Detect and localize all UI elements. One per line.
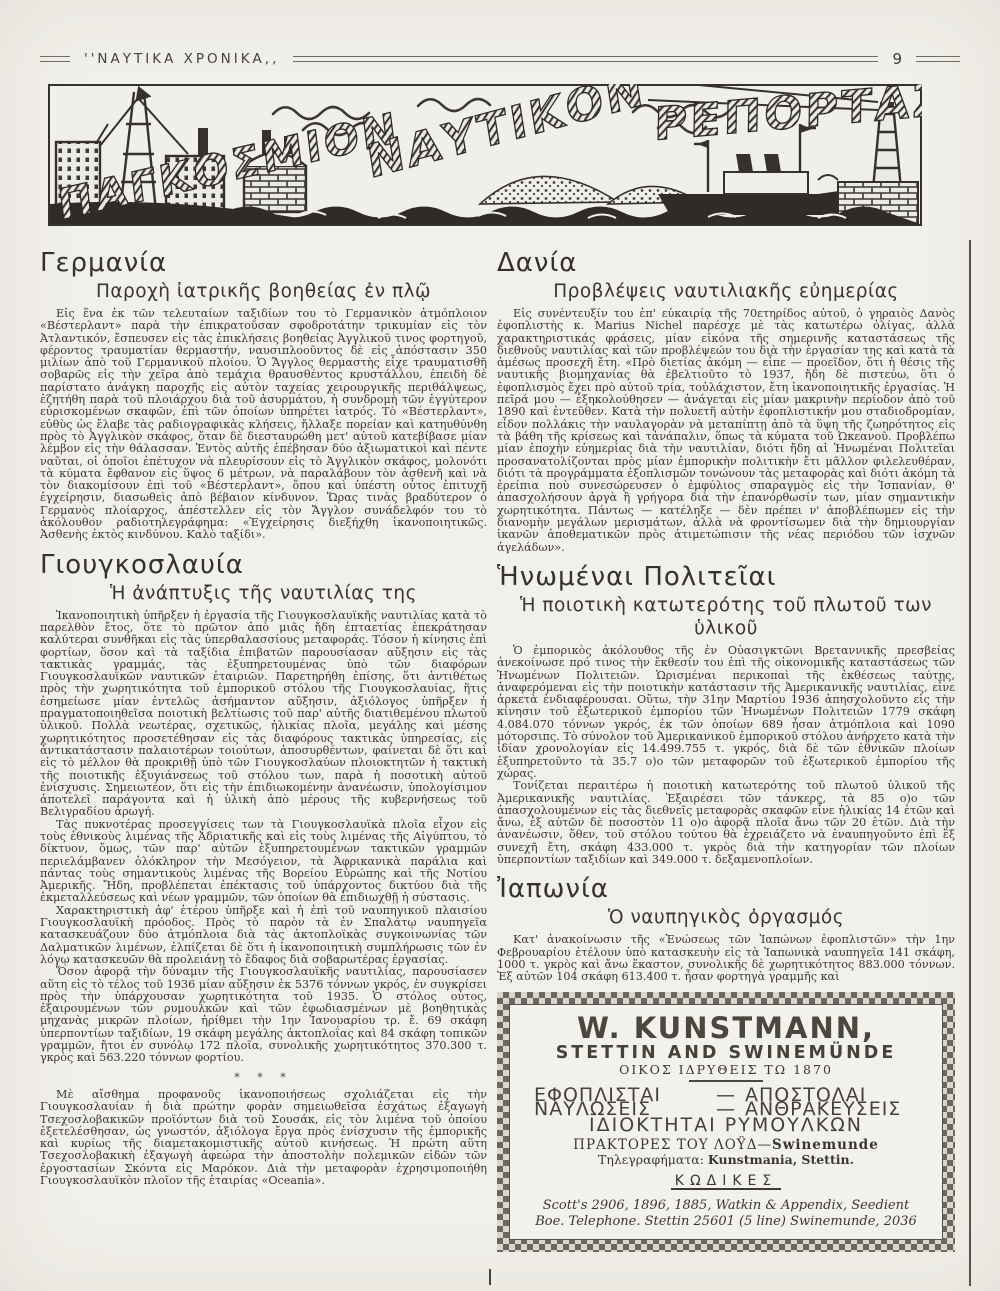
codes-line: Boe. Telephone. Stettin 25601 (5 line) S… xyxy=(520,1214,932,1230)
section-japan-title: Ἰαπωνία xyxy=(497,874,955,904)
telegrams-line: Τηλεγραφήματα: Kunstmania, Stettin. xyxy=(520,1154,932,1166)
harbor-scene-drawing: ΠΑΓΚΟΣΜΙΟΝ ΝΑΥΤΙΚΟΝ ΡΕΠΟΡΤΑΖ xyxy=(48,84,922,226)
section-germany: Γερμανία Παροχὴ ἰατρικῆς βοηθείας ἐν πλῷ… xyxy=(40,248,487,542)
head-rule-right xyxy=(916,56,960,62)
column-divider-tick xyxy=(489,1269,491,1285)
magazine-masthead: ''ΝΑΥΤΙΚΑ ΧΡΟΝΙΚΑ,, xyxy=(80,51,283,67)
owners-line: ΙΔΙΟΚΤΗΤΑΙ ΡΥΜΟΥΛΚΩΝ xyxy=(520,1119,932,1131)
running-head: ''ΝΑΥΤΙΚΑ ΧΡΟΝΙΚΑ,, 9 xyxy=(40,50,960,68)
advertiser-cities: STETTIN AND SWINEMÜNDE xyxy=(520,1047,932,1059)
advertisement-content: W. KUNSTMANN, STETTIN AND SWINEMÜNDE ΟΙΚ… xyxy=(509,1004,943,1239)
advertiser-name: W. KUNSTMANN, xyxy=(520,1012,932,1044)
paragraph: Ὅσον ἀφορᾷ τὴν δύναμιν τῆς Γιουγκοσλαυϊκ… xyxy=(40,966,487,1064)
magazine-page: ''ΝΑΥΤΙΚΑ ΧΡΟΝΙΚΑ,, 9 xyxy=(0,0,1000,1291)
codes-line: Scott's 2906, 1896, 1885, Watkin & Appen… xyxy=(520,1198,932,1214)
paragraph: Ἱκανοποιητικὴ ὑπῆρξεν ἡ ἐργασία τῆς Γιου… xyxy=(40,610,487,819)
section-usa: Ἡνωμέναι Πολιτεῖαι Ἡ ποιοτικὴ κατωτερότη… xyxy=(497,562,955,866)
paragraph: Εἰς συνέντευξίν του ἐπ' εὐκαιρίᾳ τῆς 70ε… xyxy=(497,308,955,554)
paragraph: Ὁ ἐμπορικὸς ἀκόλουθος τῆς ἐν Οὐασιγκτῶνι… xyxy=(497,645,955,780)
section-germany-subtitle: Παροχὴ ἰατρικῆς βοηθείας ἐν πλῷ xyxy=(40,280,487,303)
codes-text: Scott's 2906, 1896, 1885, Watkin & Appen… xyxy=(520,1198,932,1230)
agents-greek: ΠΡΑΚΤΟΡΕΣ ΤΟΥ ΛΟΫΔ— xyxy=(573,1137,772,1153)
paragraph: Τονίζεται περαιτέρω ἡ ποιοτικὴ κατωτερότ… xyxy=(497,780,955,866)
telegrams-label: Τηλεγραφήματα: xyxy=(598,1152,708,1167)
paragraph: Μὲ αἴσθημα προφανοῦς ἱκανοποιήσεως σχολι… xyxy=(40,1089,487,1187)
section-denmark-title: Δανία xyxy=(497,248,955,278)
telegrams-value: Kunstmania, Stettin. xyxy=(708,1152,854,1167)
page-number: 9 xyxy=(888,50,906,68)
section-yugoslavia-title: Γιουγκοσλαυία xyxy=(40,550,487,580)
section-usa-title: Ἡνωμέναι Πολιτεῖαι xyxy=(497,562,955,592)
right-column: Δανία Προβλέψεις ναυτιλιακῆς εὐημερίας Ε… xyxy=(497,248,955,1252)
head-rule-center xyxy=(293,56,878,62)
banner-illustration: ΠΑΓΚΟΣΜΙΟΝ ΝΑΥΤΙΚΟΝ ΡΕΠΟΡΤΑΖ xyxy=(48,84,922,226)
page-edge-rule xyxy=(969,240,971,1286)
founded-underline xyxy=(689,1080,763,1082)
section-yugoslavia: Γιουγκοσλαυία Ἡ ἀνάπτυξις τῆς ναυτιλίας … xyxy=(40,550,487,1188)
paragraph: Εἰς ἕνα ἐκ τῶν τελευταίων ταξιδίων του τ… xyxy=(40,308,487,542)
section-germany-title: Γερμανία xyxy=(40,248,487,278)
agents-line: ΠΡΑΚΤΟΡΕΣ ΤΟΥ ΛΟΫΔ—Swinemunde xyxy=(520,1139,932,1151)
section-denmark: Δανία Προβλέψεις ναυτιλιακῆς εὐημερίας Ε… xyxy=(497,248,955,554)
kunstmann-advertisement: W. KUNSTMANN, STETTIN AND SWINEMÜNDE ΟΙΚ… xyxy=(497,992,955,1251)
section-usa-subtitle: Ἡ ποιοτικὴ κατωτερότης τοῦ πλωτοῦ των ὑλ… xyxy=(497,594,955,640)
left-column: Γερμανία Παροχὴ ἰατρικῆς βοηθείας ἐν πλῷ… xyxy=(40,248,487,1187)
section-denmark-subtitle: Προβλέψεις ναυτιλιακῆς εὐημερίας xyxy=(497,280,955,303)
codes-heading: ΚΩΔΙΚΕΣ xyxy=(671,1175,781,1190)
paragraph: Κατ' ἀνακοίνωσιν τῆς «Ἑνώσεως τῶν Ἰαπώνω… xyxy=(497,934,955,983)
paragraph: Τὰς πυκνοτέρας προσεγγίσεις των τὰ Γιουγ… xyxy=(40,819,487,905)
founded-line: ΟΙΚΟΣ ΙΔΡΥΘΕΙΣ ΤΩ 1870 xyxy=(520,1064,932,1076)
section-japan: Ἰαπωνία Ὁ ναυπηγικὸς ὀργασμός Κατ' ἀνακο… xyxy=(497,874,955,983)
section-yugoslavia-subtitle: Ἡ ἀνάπτυξις τῆς ναυτιλίας της xyxy=(40,582,487,605)
asterisk-separator: * * * xyxy=(40,1072,487,1084)
agents-latin: Swinemunde xyxy=(772,1137,879,1153)
services-list: ΕΦΟΠΛΙΣΤΑΙ — ΑΠΟΣΤΟΛΑΙ ΝΑΥΛΩΣΕΙΣ — ΑΝΘΡΑ… xyxy=(526,1089,926,1116)
head-rule-left xyxy=(40,56,70,62)
paragraph: Χαρακτηριστικὴ ἀφ' ἑτέρου ὑπῆρξε καὶ ἡ ἐ… xyxy=(40,905,487,966)
section-japan-subtitle: Ὁ ναυπηγικὸς ὀργασμός xyxy=(497,906,955,929)
